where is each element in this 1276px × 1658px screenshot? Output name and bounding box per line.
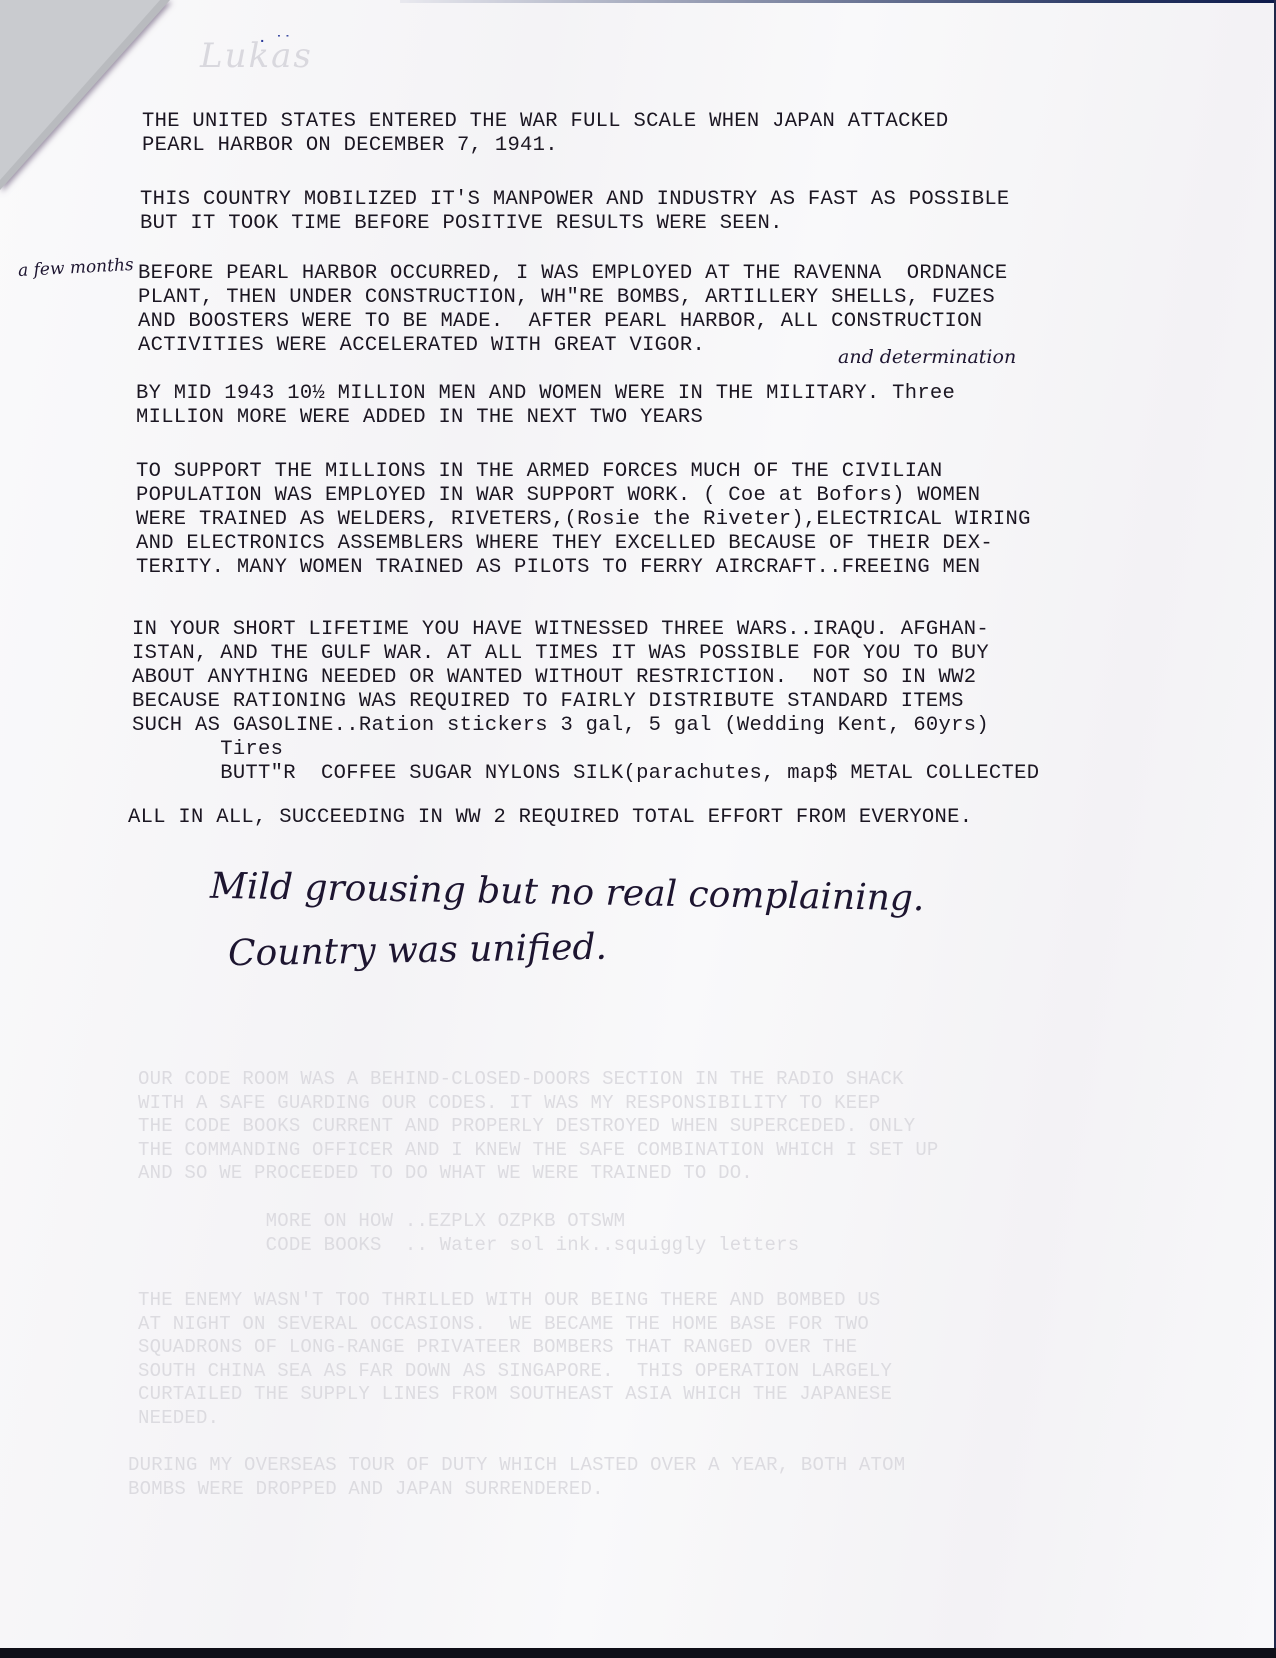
text-line: BUTT"R COFFEE SUGAR NYLONS SILK(parachut… (132, 762, 1039, 786)
text-line: AND BOOSTERS WERE TO BE MADE. AFTER PEAR… (138, 310, 1008, 334)
text-line: DURING MY OVERSEAS TOUR OF DUTY WHICH LA… (128, 1454, 905, 1478)
text-line: TO SUPPORT THE MILLIONS IN THE ARMED FOR… (136, 460, 1031, 484)
text-line: POPULATION WAS EMPLOYED IN WAR SUPPORT W… (136, 484, 1031, 508)
text-line: BEFORE PEARL HARBOR OCCURRED, I WAS EMPL… (138, 262, 1008, 286)
paragraph-war-support-work: TO SUPPORT THE MILLIONS IN THE ARMED FOR… (136, 460, 1031, 580)
ink-marks: · ˙˙ (258, 34, 292, 50)
paragraph-pearl-harbor: THE UNITED STATES ENTERED THE WAR FULL S… (142, 110, 949, 158)
text-line: BECAUSE RATIONING WAS REQUIRED TO FAIRLY… (132, 690, 1039, 714)
bleed-through-block-2: MORE ON HOW ..EZPLX OZPKB OTSWM CODE BOO… (138, 1210, 799, 1257)
text-line: WITH A SAFE GUARDING OUR CODES. IT WAS M… (138, 1092, 939, 1116)
text-line: BUT IT TOOK TIME BEFORE POSITIVE RESULTS… (140, 212, 1010, 236)
text-line: THE ENEMY WASN'T TOO THRILLED WITH OUR B… (138, 1289, 892, 1313)
paragraph-mobilization: THIS COUNTRY MOBILIZED IT'S MANPOWER AND… (140, 188, 1010, 236)
handwritten-margin-note: a few months (18, 255, 135, 281)
text-line: THE COMMANDING OFFICER AND I KNEW THE SA… (138, 1139, 939, 1163)
paragraph-conclusion: ALL IN ALL, SUCCEEDING IN WW 2 REQUIRED … (128, 806, 972, 830)
text-line: AND SO WE PROCEEDED TO DO WHAT WE WERE T… (138, 1162, 939, 1186)
text-line: BOMBS WERE DROPPED AND JAPAN SURRENDERED… (128, 1478, 905, 1502)
paragraph-rationing: IN YOUR SHORT LIFETIME YOU HAVE WITNESSE… (132, 618, 1039, 786)
text-line: MORE ON HOW ..EZPLX OZPKB OTSWM (138, 1210, 799, 1234)
text-line: PLANT, THEN UNDER CONSTRUCTION, WH"RE BO… (138, 286, 1008, 310)
text-line: SOUTH CHINA SEA AS FAR DOWN AS SINGAPORE… (138, 1360, 892, 1384)
text-line: ALL IN ALL, SUCCEEDING IN WW 2 REQUIRED … (128, 806, 972, 830)
text-line: ISTAN, AND THE GULF WAR. AT ALL TIMES IT… (132, 642, 1039, 666)
text-line: CURTAILED THE SUPPLY LINES FROM SOUTHEAS… (138, 1383, 892, 1407)
scan-edge-bottom (0, 1648, 1276, 1658)
text-line: TERITY. MANY WOMEN TRAINED AS PILOTS TO … (136, 556, 1031, 580)
folded-corner-shade (0, 0, 160, 180)
text-line: THE UNITED STATES ENTERED THE WAR FULL S… (142, 110, 949, 134)
text-line: WERE TRAINED AS WELDERS, RIVETERS,(Rosie… (136, 508, 1031, 532)
text-line: AND ELECTRONICS ASSEMBLERS WHERE THEY EX… (136, 532, 1031, 556)
text-line: IN YOUR SHORT LIFETIME YOU HAVE WITNESSE… (132, 618, 1039, 642)
text-line: PEARL HARBOR ON DECEMBER 7, 1941. (142, 134, 949, 158)
text-line: SQUADRONS OF LONG-RANGE PRIVATEER BOMBER… (138, 1336, 892, 1360)
handwritten-vigor-addition: and determination (838, 346, 1016, 368)
scan-edge-top (400, 0, 1276, 3)
text-line: THIS COUNTRY MOBILIZED IT'S MANPOWER AND… (140, 188, 1010, 212)
bleed-through-block-3: THE ENEMY WASN'T TOO THRILLED WITH OUR B… (138, 1289, 892, 1430)
text-line: BY MID 1943 10½ MILLION MEN AND WOMEN WE… (136, 382, 955, 406)
text-line: OUR CODE ROOM WAS A BEHIND-CLOSED-DOORS … (138, 1068, 939, 1092)
text-line: THE CODE BOOKS CURRENT AND PROPERLY DEST… (138, 1115, 939, 1139)
text-line: CODE BOOKS .. Water sol ink..squiggly le… (138, 1234, 799, 1258)
bleed-through-block-1: OUR CODE ROOM WAS A BEHIND-CLOSED-DOORS … (138, 1068, 939, 1186)
text-line: NEEDED. (138, 1407, 892, 1431)
handwritten-closing-line-1: Mild grousing but no real complaining. (210, 866, 925, 919)
text-line: SUCH AS GASOLINE..Ration stickers 3 gal,… (132, 714, 1039, 738)
bleed-through-block-4: DURING MY OVERSEAS TOUR OF DUTY WHICH LA… (128, 1454, 905, 1501)
faint-header-name: Lukas (200, 36, 313, 76)
text-line: Tires (132, 738, 1039, 762)
handwritten-closing-line-2: Country was unified. (228, 927, 608, 975)
scanned-page: Lukas · ˙˙ OUR CODE ROOM WAS A BEHIND-CL… (0, 0, 1276, 1658)
text-line: AT NIGHT ON SEVERAL OCCASIONS. WE BECAME… (138, 1313, 892, 1337)
text-line: MILLION MORE WERE ADDED IN THE NEXT TWO … (136, 406, 955, 430)
text-line: ABOUT ANYTHING NEEDED OR WANTED WITHOUT … (132, 666, 1039, 690)
paragraph-ravenna-plant: BEFORE PEARL HARBOR OCCURRED, I WAS EMPL… (138, 262, 1008, 358)
paragraph-military-numbers: BY MID 1943 10½ MILLION MEN AND WOMEN WE… (136, 382, 955, 430)
